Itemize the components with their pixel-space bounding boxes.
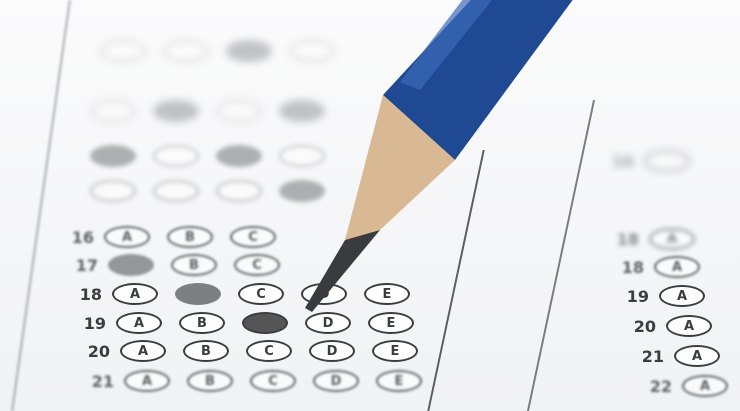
answer-sheet-photo: 16 A B C 17 B C 18 A C D E 19 A B D E 20… [0, 0, 740, 411]
pencil-icon [0, 0, 740, 411]
